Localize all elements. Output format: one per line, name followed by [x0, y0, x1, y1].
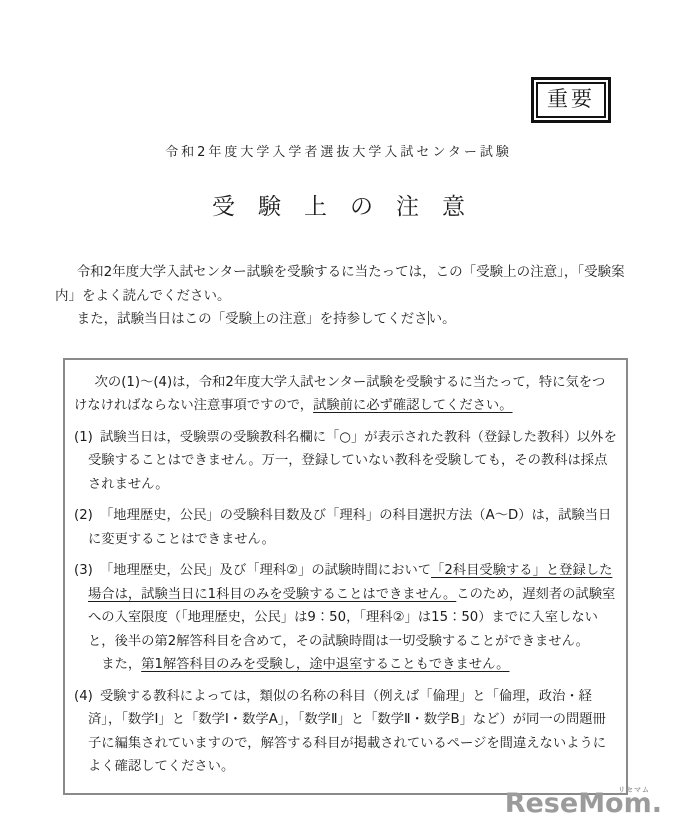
item-text-segment: 「地理歴史，公民」及び「理科②」の試験時間において [100, 563, 431, 578]
notice-item-2: (2)「地理歴史，公民」の受験科目数及び「理科」の科目選択方法（A～D）は，試験… [73, 504, 619, 551]
item-number: (3) [74, 559, 93, 583]
intro-paragraph-2: また，試験当日はこの「受験上の注意」を持参してください。 [55, 308, 627, 332]
doc-title: 受 験 上 の 注 意 [0, 192, 677, 223]
logo-kana-label: リセマム [618, 787, 650, 794]
intro-paragraph-2-text: また，試験当日はこの「受験上の注意」を持参してくださ [77, 311, 428, 327]
notice-box: 次の(1)～(4)は，令和2年度大学入試センター試験を受験するに当たって，特に気… [63, 358, 628, 795]
notice-lead-underlined: 試験前に必ず確認してください。 [313, 398, 512, 413]
notice-lead: 次の(1)～(4)は，令和2年度大学入試センター試験を受験するに当たって，特に気… [74, 371, 618, 418]
important-badge: 重要 [531, 77, 611, 123]
intro-paragraph-1: 令和2年度大学入試センター試験を受験するに当たっては，この「受験上の注意」，「受… [55, 261, 627, 308]
notice-item-4: (4)受験する教科によっては，類似の名称の科目（例えば「倫理」と「倫理，政治・経… [73, 685, 619, 779]
document-page: 重要 令和2年度大学入学者選抜大学入試センター試験 受 験 上 の 注 意 令和… [0, 0, 677, 822]
resemom-logo: リセマムReseMom. [505, 790, 662, 817]
item-number: (1) [74, 426, 93, 450]
item-text: 「地理歴史，公民」の受験科目数及び「理科」の科目選択方法（A～D）は，試験当日に… [88, 508, 611, 547]
intro-paragraph-2-text-end: い。 [429, 311, 456, 327]
doc-subtitle: 令和2年度大学入学者選抜大学入試センター試験 [0, 143, 677, 162]
intro-section: 令和2年度大学入試センター試験を受験するに当たっては，この「受験上の注意」，「受… [55, 261, 627, 332]
notice-item-3: (3)「地理歴史，公民」及び「理科②」の試験時間において「2科目受験する」と登録… [73, 559, 619, 677]
notice-item-1: (1)試験当日は，受験票の受験教科名欄に「○」が表示された教科（登録した教科）以… [73, 426, 619, 497]
item-text-underlined: 第1解答科目のみを受験し，途中退室することもできません。 [141, 657, 509, 672]
item-text: 受験する教科によっては，類似の名称の科目（例えば「倫理」と「倫理，政治・経済」，… [88, 689, 606, 775]
item-text: 試験当日は，受験票の受験教科名欄に「○」が表示された教科（登録した教科）以外を受… [88, 430, 617, 492]
item-number: (2) [74, 504, 93, 528]
important-badge-label: 重要 [536, 82, 606, 118]
item-number: (4) [74, 685, 93, 709]
